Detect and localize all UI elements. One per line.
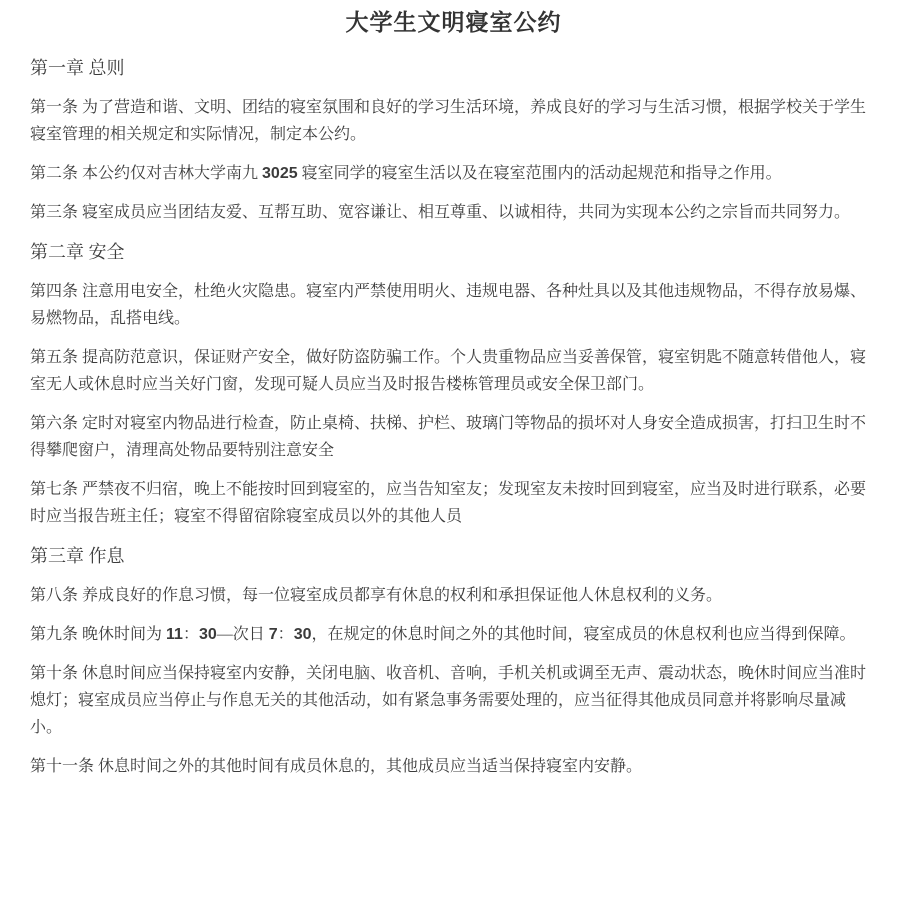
chapter-heading: 第一章 总则 [30,54,877,82]
article-paragraph: 第三条 寝室成员应当团结友爱、互帮互助、宽容谦让、相互尊重、以诚相待，共同为实现… [30,199,877,226]
article-paragraph: 第一条 为了营造和谐、文明、团结的寝室氛围和良好的学习生活环境，养成良好的学习与… [30,94,877,148]
document-body: 第一章 总则第一条 为了营造和谐、文明、团结的寝室氛围和良好的学习生活环境，养成… [30,54,877,780]
chapter-heading: 第三章 作息 [30,542,877,570]
article-paragraph: 第十条 休息时间应当保持寝室内安静，关闭电脑、收音机、音响，手机关机或调至无声、… [30,660,877,741]
article-paragraph: 第九条 晚休时间为 11：30—次日 7：30，在规定的休息时间之外的其他时间，… [30,621,877,648]
numeric-text: 3025 [262,165,298,182]
numeric-text: 11 [166,626,183,643]
numeric-text: 7 [269,626,278,643]
article-paragraph: 第八条 养成良好的作息习惯，每一位寝室成员都享有休息的权利和承担保证他人休息权利… [30,582,877,609]
document-page: 大学生文明寝室公约 第一章 总则第一条 为了营造和谐、文明、团结的寝室氛围和良好… [0,0,907,780]
article-paragraph: 第十一条 休息时间之外的其他时间有成员休息的，其他成员应当适当保持寝室内安静。 [30,753,877,780]
numeric-text: 30 [294,626,312,643]
article-paragraph: 第六条 定时对寝室内物品进行检查，防止桌椅、扶梯、护栏、玻璃门等物品的损坏对人身… [30,410,877,464]
numeric-text: 30 [199,626,217,643]
article-paragraph: 第五条 提高防范意识，保证财产安全，做好防盗防骗工作。个人贵重物品应当妥善保管，… [30,344,877,398]
document-title: 大学生文明寝室公约 [30,4,877,42]
article-paragraph: 第四条 注意用电安全，杜绝火灾隐患。寝室内严禁使用明火、违规电器、各种灶具以及其… [30,278,877,332]
article-paragraph: 第二条 本公约仅对吉林大学南九 3025 寝室同学的寝室生活以及在寝室范围内的活… [30,160,877,187]
article-paragraph: 第七条 严禁夜不归宿，晚上不能按时回到寝室的，应当告知室友；发现室友未按时回到寝… [30,476,877,530]
chapter-heading: 第二章 安全 [30,238,877,266]
